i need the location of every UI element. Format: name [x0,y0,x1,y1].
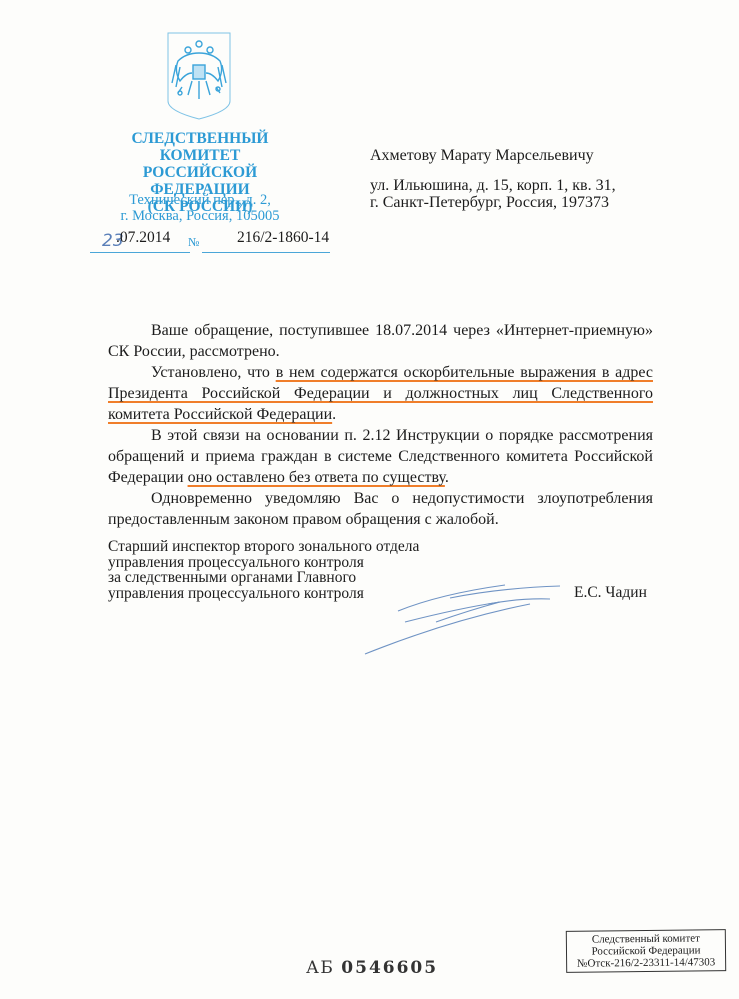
paragraph-3: В этой связи на основании п. 2.12 Инстру… [108,425,653,488]
date-line [90,252,190,253]
serial-series: АБ [306,958,334,978]
org-line: СЛЕДСТВЕННЫЙ КОМИТЕТ [95,130,305,164]
registration-stamp: Следственный комитет Российской Федераци… [566,929,726,973]
address-line: Технический пер., д. 2, [95,192,305,208]
recipient-name: Ахметову Марату Марсельевичу [370,147,594,164]
number-sign: № [188,235,199,250]
address-line: г. Москва, Россия, 105005 [95,208,305,224]
form-serial-number: АБ 0546605 [306,958,438,978]
signer-name: Е.С. Чадин [574,584,647,602]
document-number: 216/2-1860-14 [237,229,329,247]
serial-number: 0546605 [341,958,438,978]
signer-title-line: управления процессуального контроля [108,555,419,571]
coat-of-arms-icon [166,31,232,121]
highlighted-text: оно оставлено без ответа по существу [188,469,445,486]
date-month-year: .07.2014 [116,229,170,247]
recipient-address: ул. Ильюшина, д. 15, корп. 1, кв. 31, г.… [370,177,616,211]
recipient-address-line: г. Санкт-Петербург, Россия, 197373 [370,194,616,211]
letter-body: Ваше обращение, поступившее 18.07.2014 ч… [108,320,653,530]
paragraph-2: Установлено, что в нем содержатся оскорб… [108,362,653,425]
number-line [202,252,330,253]
handwritten-signature-icon [360,580,580,665]
stamp-line: №Отск-216/2-23311-14/47303 [569,956,723,970]
paragraph-1: Ваше обращение, поступившее 18.07.2014 ч… [108,320,653,362]
signer-title-line: Старший инспектор второго зонального отд… [108,539,419,555]
paragraph-4: Одновременно уведомляю Вас о недопустимо… [108,488,653,530]
org-address: Технический пер., д. 2, г. Москва, Росси… [95,192,305,224]
recipient-address-line: ул. Ильюшина, д. 15, корп. 1, кв. 31, [370,177,616,194]
